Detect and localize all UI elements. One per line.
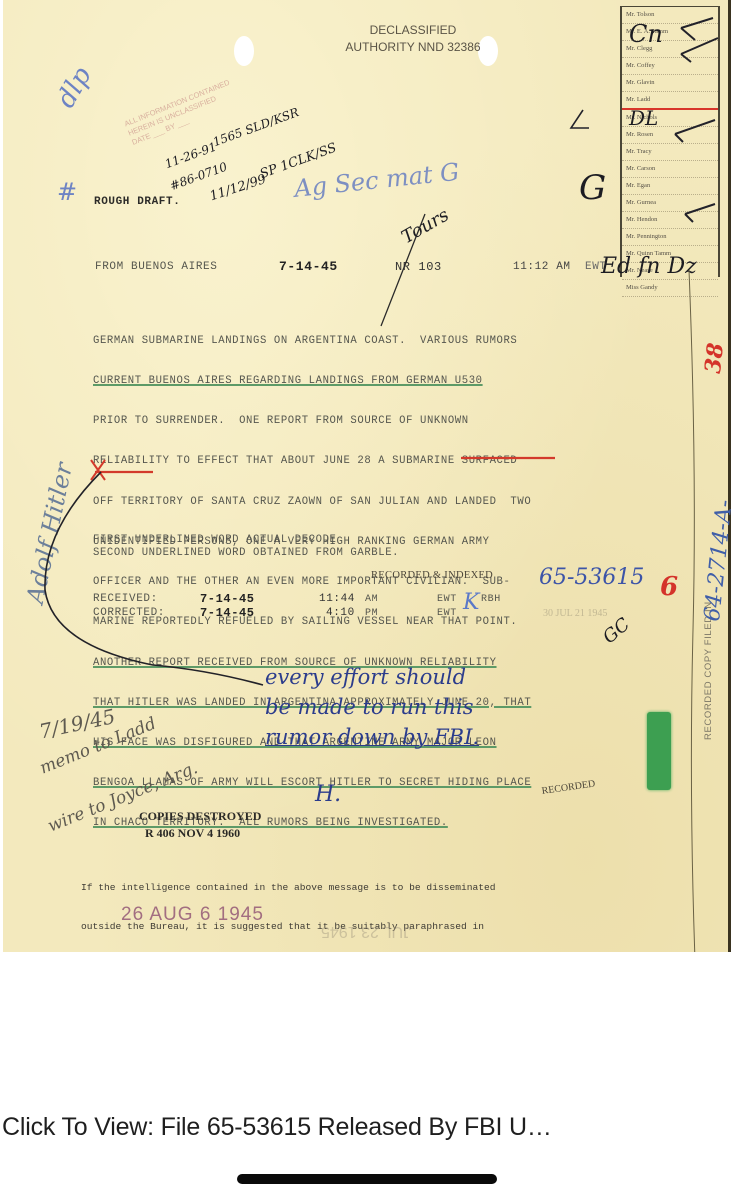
received-zone: EWT <box>437 594 457 605</box>
copies-destroyed-date: R 406 NOV 4 1960 <box>139 825 261 842</box>
rough-draft-label: ROUGH DRAFT. <box>94 196 180 208</box>
declassified-document-image[interactable]: DECLASSIFIED AUTHORITY NND 32386 ALL INF… <box>3 0 731 952</box>
body-line: PRIOR TO SURRENDER. ONE REPORT FROM SOUR… <box>93 415 531 428</box>
received-time: 11:44 <box>319 593 355 605</box>
declassified-label: DECLASSIFIED <box>283 22 543 39</box>
handwritten-k-mark: K <box>463 590 479 615</box>
recorded-indexed-stamp: RECORDED & INDEXED <box>371 570 493 581</box>
instruction-line: every effort should <box>265 662 479 692</box>
punch-hole-left <box>234 36 254 66</box>
instruction-line: be made to run this <box>265 692 479 722</box>
margin-file-serial: 38 <box>700 342 729 375</box>
file-number: 65-53615 <box>539 565 644 590</box>
message-origin: FROM BUENOS AIRES <box>95 261 217 273</box>
recorded-stamp: RECORDED <box>541 778 596 796</box>
margin-file-reference: 64-2714-A- <box>700 498 731 622</box>
green-tab-marker <box>647 712 671 790</box>
message-date: 7-14-45 <box>279 259 338 274</box>
recorded-copy-filed-stamp: RECORDED COPY FILED IN <box>703 601 714 740</box>
handwritten-ref: 1565 SLD/KSR <box>211 105 301 149</box>
received-initials: RBH <box>481 594 501 605</box>
handwritten-initials-1: dlp <box>51 62 98 113</box>
handwritten-initials-gc: GC <box>599 614 634 648</box>
handwritten-initials-2: # <box>57 178 77 206</box>
checkmark-icons <box>563 10 731 240</box>
message-time: 11:12 AM <box>513 261 571 273</box>
authority-label: AUTHORITY NND 32386 <box>283 39 543 56</box>
corrected-time: 4:10 <box>326 607 355 619</box>
instruction-line: rumor down by FBI. <box>265 722 479 752</box>
handwritten-blue-note: Ag Sec mat G <box>293 158 461 203</box>
routing-name: Miss Gandy <box>622 280 718 297</box>
file-serial: 6 <box>660 572 678 602</box>
copies-destroyed-label: COPIES DESTROYED <box>139 808 261 825</box>
home-indicator-bar[interactable] <box>237 1174 497 1184</box>
bottom-date-stamp: 26 AUG 6 1945 <box>121 904 264 926</box>
handwritten-instruction: every effort should be made to run this … <box>265 662 479 752</box>
body-line: CURRENT BUENOS AIRES REGARDING LANDINGS … <box>93 375 531 388</box>
body-line: GERMAN SUBMARINE LANDINGS ON ARGENTINA C… <box>93 335 531 348</box>
corrected-ampm: PM <box>365 608 378 619</box>
image-caption-link[interactable]: Click To View: File 65-53615 Released By… <box>0 1113 734 1142</box>
faint-inverted-stamp: JUL 23 1945 <box>321 922 411 940</box>
corrected-zone: EWT <box>437 608 457 619</box>
handwritten-initial-h: H. <box>315 782 341 807</box>
margin-line <box>683 270 703 952</box>
copies-destroyed-stamp: COPIES DESTROYED R 406 NOV 4 1960 <box>139 808 261 842</box>
footer-line: If the intelligence contained in the abo… <box>81 881 496 894</box>
faint-date-stamp: 30 JUL 21 1945 <box>543 608 607 619</box>
received-ampm: AM <box>365 594 378 605</box>
declassified-stamp: DECLASSIFIED AUTHORITY NND 32386 <box>283 22 543 56</box>
annotation-curve <box>33 470 273 690</box>
